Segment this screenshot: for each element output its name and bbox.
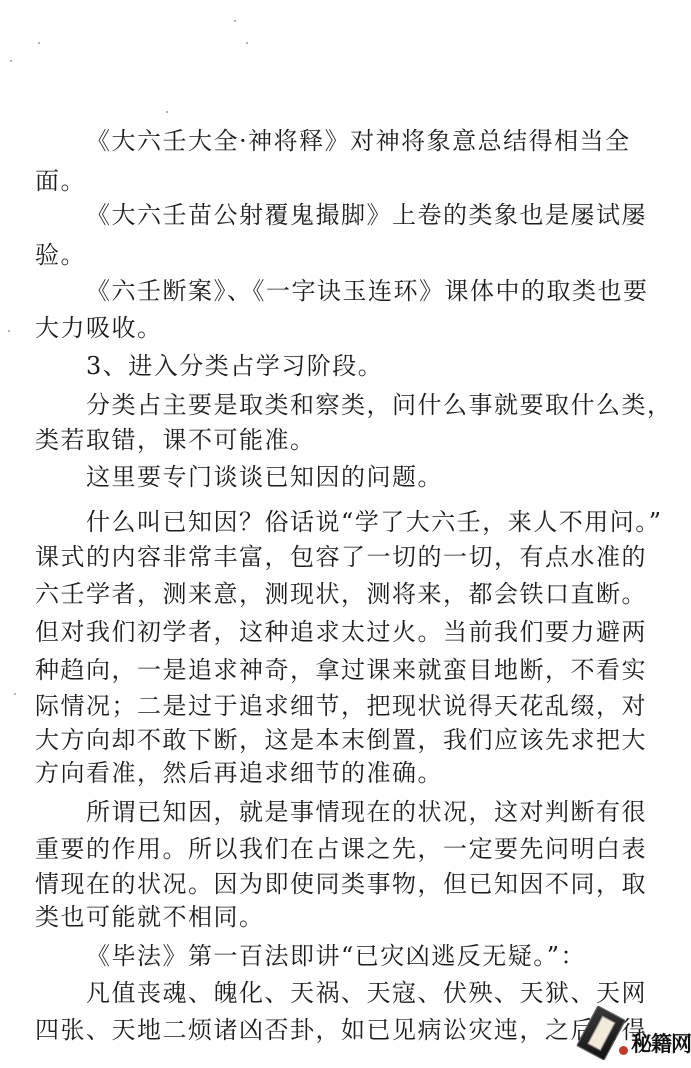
text-line: 《毕法》第一百法即讲“已灾凶逃反无疑。”： — [86, 941, 586, 971]
text-line: 凡值丧魂、魄化、天祸、天寇、伏殃、天狱、天网 — [86, 978, 647, 1008]
text-line: 课式的内容非常丰富，包容了一切的一切，有点水准的 — [35, 542, 647, 572]
text-line: 际情况；二是过于追求细节，把现状说得天花乱缀，对 — [35, 691, 647, 721]
text-line: 大方向却不敢下断，这是本末倒置，我们应该先求把大 — [35, 725, 647, 755]
watermark-text: 秘籍网 — [631, 1028, 691, 1058]
scan-speck — [14, 693, 16, 695]
text-line: 类若取错，课不可能准。 — [35, 425, 316, 455]
text-line: 什么叫已知因？俗话说“学了大六壬，来人不用问。” — [86, 507, 663, 537]
scan-speck — [246, 42, 248, 44]
text-line: 情现在的状况。因为即使同类事物，但已知因不同，取 — [35, 869, 647, 899]
text-line: 但对我们初学者，这种追求太过火。当前我们要力避两 — [35, 617, 647, 647]
scan-speck — [234, 20, 236, 22]
text-line: 这里要专门谈谈已知因的问题。 — [86, 462, 443, 492]
scan-speck — [166, 111, 168, 113]
text-line: 类也可能就不相同。 — [35, 902, 265, 932]
text-line: 《六壬断案》、《一字诀玉连环》课体中的取类也要 — [86, 276, 649, 306]
text-line: 面。 — [35, 166, 86, 196]
scanned-book-page: 《大六壬大全·神将释》对神将象意总结得相当全 面。 《大六壬苗公射覆鬼撮脚》上卷… — [0, 0, 691, 1068]
text-line: 重要的作用。所以我们在占课之先，一定要先问明白表 — [35, 834, 647, 864]
text-line: 四张、天地二烦诸凶否卦，如已见病讼灾迍，之后占得 — [35, 1015, 647, 1045]
text-line: 《大六壬大全·神将释》对神将象意总结得相当全 — [86, 126, 631, 156]
text-line: 验。 — [35, 240, 86, 270]
section-heading: 3、进入分类占学习阶段。 — [86, 351, 383, 381]
text-line: 六壬学者，测来意，测现状，测将来，都会铁口直断。 — [35, 579, 647, 609]
site-watermark: 秘籍网 — [583, 1008, 691, 1066]
scan-speck — [38, 42, 40, 44]
seal-icon — [619, 1046, 628, 1055]
scan-speck — [8, 330, 10, 332]
text-line: 大力吸收。 — [35, 313, 163, 343]
scan-speck — [10, 60, 12, 62]
text-line: 《大六壬苗公射覆鬼撮脚》上卷的类象也是屡试屡 — [86, 200, 647, 230]
book-label — [587, 1016, 615, 1051]
text-line: 分类占主要是取类和察类，问什么事就要取什么类， — [86, 390, 673, 420]
text-line: 种趋向，一是追求神奇，拿过课来就蛮目地断，不看实 — [35, 655, 647, 685]
book-icon — [576, 1005, 626, 1061]
text-line: 所谓已知因，就是事情现在的状况，这对判断有很 — [86, 797, 647, 827]
text-line: 方向看准，然后再追求细节的准确。 — [35, 758, 443, 788]
